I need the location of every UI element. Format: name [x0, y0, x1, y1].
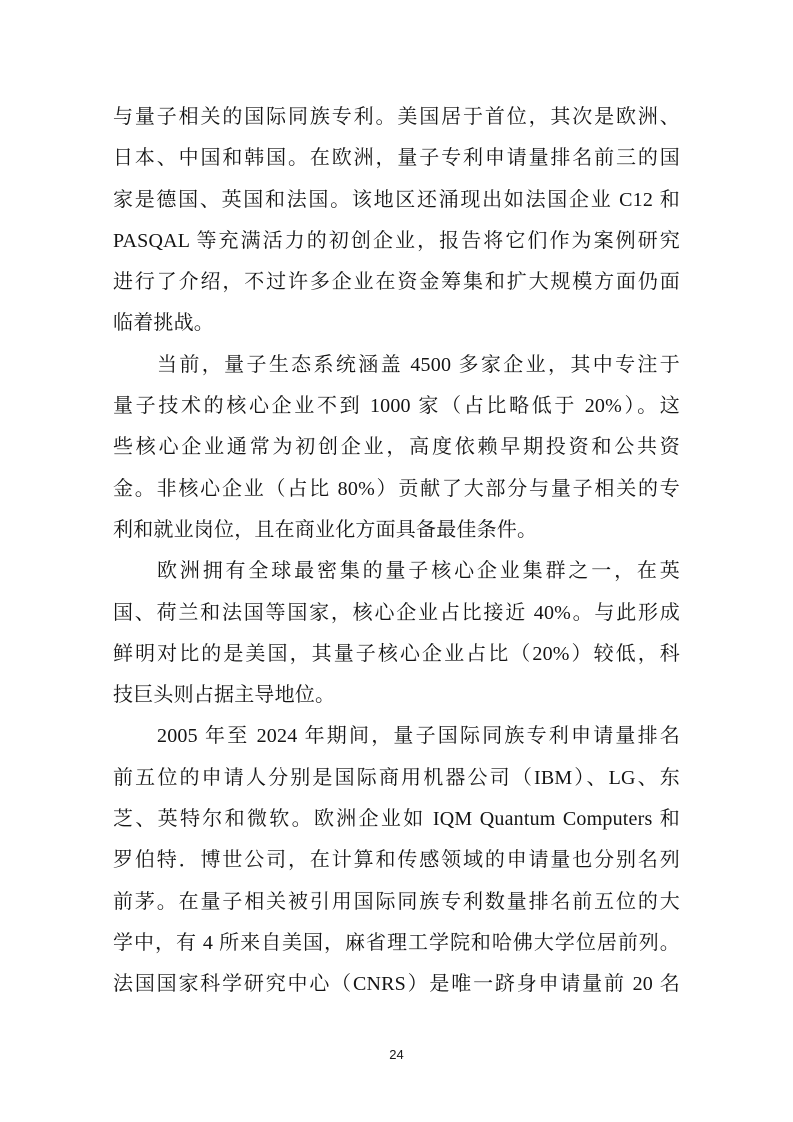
text-line: PASQAL 等充满活力的初创企业，报告将它们作为案例研究: [113, 221, 680, 262]
text-line: 技巨头则占据主导地位。: [113, 675, 680, 716]
paragraph: 当前，量子生态系统涵盖 4500 多家企业，其中专注于 量子技术的核心企业不到 …: [113, 345, 680, 551]
paragraph: 2005 年至 2024 年期间，量子国际同族专利申请量排名 前五位的申请人分别…: [113, 716, 680, 1005]
text-line: 鲜明对比的是美国，其量子核心企业占比（20%）较低，科: [113, 634, 680, 675]
text-line: 进行了介绍，不过许多企业在资金筹集和扩大规模方面仍面: [113, 262, 680, 303]
text-line: 芝、英特尔和微软。欧洲企业如 IQM Quantum Computers 和: [113, 799, 680, 840]
paragraph: 与量子相关的国际同族专利。美国居于首位，其次是欧洲、 日本、中国和韩国。在欧洲，…: [113, 97, 680, 345]
text-line: 量子技术的核心企业不到 1000 家（占比略低于 20%）。这: [113, 386, 680, 427]
text-line: 罗伯特．博世公司，在计算和传感领域的申请量也分别名列: [113, 840, 680, 881]
text-line: 国、荷兰和法国等国家，核心企业占比接近 40%。与此形成: [113, 593, 680, 634]
paragraph: 欧洲拥有全球最密集的量子核心企业集群之一，在英 国、荷兰和法国等国家，核心企业占…: [113, 551, 680, 716]
text-line: 家是德国、英国和法国。该地区还涌现出如法国企业 C12 和: [113, 180, 680, 221]
text-line: 法国国家科学研究中心（CNRS）是唯一跻身申请量前 20 名: [113, 964, 680, 1005]
text-line: 些核心企业通常为初创企业，高度依赖早期投资和公共资: [113, 427, 680, 468]
text-line: 前五位的申请人分别是国际商用机器公司（IBM）、LG、东: [113, 758, 680, 799]
text-line: 金。非核心企业（占比 80%）贡献了大部分与量子相关的专: [113, 469, 680, 510]
text-line: 日本、中国和韩国。在欧洲，量子专利申请量排名前三的国: [113, 138, 680, 179]
page-number: 24: [389, 1047, 403, 1062]
text-line: 当前，量子生态系统涵盖 4500 多家企业，其中专注于: [113, 345, 680, 386]
text-line: 2005 年至 2024 年期间，量子国际同族专利申请量排名: [113, 716, 680, 757]
text-line: 与量子相关的国际同族专利。美国居于首位，其次是欧洲、: [113, 97, 680, 138]
text-line: 临着挑战。: [113, 303, 680, 344]
text-line: 利和就业岗位，且在商业化方面具备最佳条件。: [113, 510, 680, 551]
page-footer: 24: [0, 1046, 793, 1064]
text-line: 学中，有 4 所来自美国，麻省理工学院和哈佛大学位居前列。: [113, 923, 680, 964]
text-line: 欧洲拥有全球最密集的量子核心企业集群之一，在英: [113, 551, 680, 592]
document-page: 与量子相关的国际同族专利。美国居于首位，其次是欧洲、 日本、中国和韩国。在欧洲，…: [0, 0, 793, 1122]
text-line: 前茅。在量子相关被引用国际同族专利数量排名前五位的大: [113, 882, 680, 923]
text-column: 与量子相关的国际同族专利。美国居于首位，其次是欧洲、 日本、中国和韩国。在欧洲，…: [113, 97, 680, 1006]
